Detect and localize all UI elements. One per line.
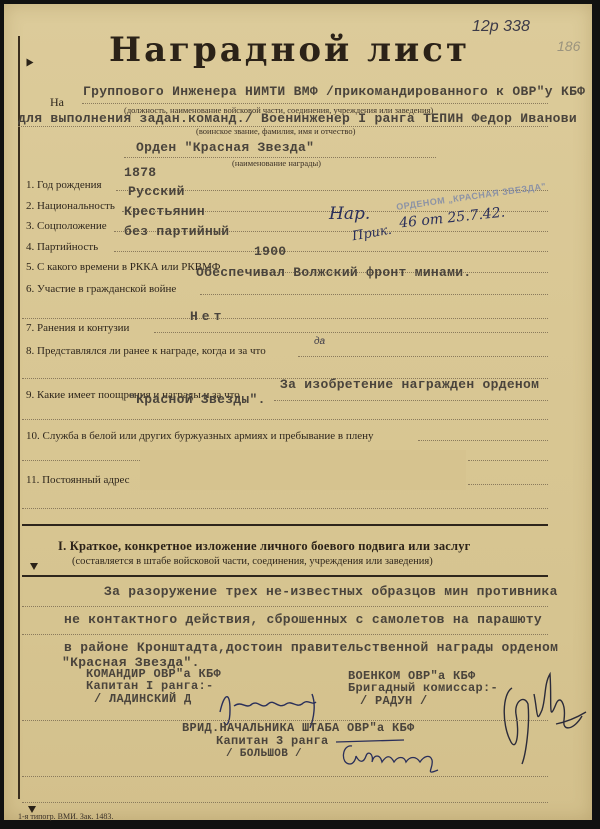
award-name: Орден "Красная Звезда" bbox=[136, 140, 314, 155]
field-value-civil-war: Обеспечивал Волжский фронт минами. bbox=[196, 265, 471, 280]
dotted-line bbox=[200, 294, 548, 295]
field-label-social-status: 3. Соцположение bbox=[26, 220, 107, 232]
merit-text-line: За разоружение трех не-известных образцо… bbox=[104, 584, 558, 599]
field-label-previous-award: 8. Представлялся ли ранее к награде, ког… bbox=[26, 345, 266, 357]
field-value-awards: За изобретение награжден орденом bbox=[280, 377, 539, 392]
dotted-line bbox=[22, 460, 140, 461]
field-value-awards-cont: "Красной Звезды". bbox=[128, 392, 266, 407]
field-label-wounds: 7. Ранения и контузии bbox=[26, 322, 129, 334]
award-hint: (наименование награды) bbox=[232, 158, 321, 168]
section-subtitle: (составляется в штабе войсковой части, с… bbox=[72, 556, 433, 567]
chief-of-staff-name: / БОЛЬШОВ / bbox=[226, 748, 302, 760]
commander-name: / ЛАДИНСКИЙ Д bbox=[94, 692, 192, 706]
position-line: Группового Инженера НИМТИ ВМФ /прикоманд… bbox=[83, 84, 585, 99]
dotted-line bbox=[468, 460, 548, 461]
chief-of-staff-title: ВРИД.НАЧАЛЬНИКА ШТАБА ОВР"а КБФ bbox=[182, 721, 415, 735]
rank-name-line: для выполнения задан.команд./ Военинжене… bbox=[18, 111, 577, 126]
chief-of-staff-signature bbox=[334, 734, 464, 780]
field-value-wounds: Нет bbox=[190, 309, 225, 324]
section-divider bbox=[22, 524, 548, 526]
commissar-rank: Бригадный комиссар:- bbox=[348, 681, 498, 695]
field-label-birth-year: 1. Год рождения bbox=[26, 179, 102, 191]
dotted-line bbox=[468, 484, 548, 485]
dotted-line bbox=[22, 802, 548, 803]
dotted-line bbox=[22, 606, 548, 607]
dotted-line bbox=[114, 251, 548, 252]
dotted-line bbox=[82, 103, 548, 104]
dotted-line bbox=[22, 776, 548, 777]
chief-of-staff-rank: Капитан 3 ранга bbox=[216, 734, 329, 748]
field-label-nationality: 2. Национальность bbox=[26, 200, 115, 212]
archive-page-number: 186 bbox=[557, 38, 580, 54]
punch-marker-icon bbox=[27, 59, 34, 67]
field-value-nationality: Русский bbox=[128, 184, 185, 199]
dotted-line bbox=[298, 356, 548, 357]
field-value-social-status: Крестьянин bbox=[124, 204, 205, 219]
dotted-line bbox=[274, 400, 548, 401]
dotted-line bbox=[22, 419, 548, 420]
field-label-address: 11. Постоянный адрес bbox=[26, 474, 130, 486]
dotted-line bbox=[22, 508, 548, 509]
dotted-line bbox=[22, 634, 548, 635]
merit-text-line: в районе Кронштадта,достоин правительств… bbox=[64, 640, 558, 655]
redacted-area bbox=[140, 450, 466, 490]
field-value-birth-year: 1878 bbox=[124, 165, 156, 180]
field-label-civil-war: 6. Участие в гражданской войне bbox=[26, 283, 176, 295]
punch-marker-icon bbox=[30, 563, 38, 570]
field-label-white-army: 10. Служба в белой или других буржуазных… bbox=[26, 430, 373, 442]
rank-name-hint: (воинское звание, фамилия, имя и отчеств… bbox=[196, 126, 355, 136]
dotted-line bbox=[418, 440, 548, 441]
field-value-previous-award: да bbox=[314, 336, 325, 347]
handwritten-note-nar: Нар. bbox=[329, 204, 370, 224]
commissar-name: / РАДУН / bbox=[360, 694, 428, 708]
commissar-signature bbox=[494, 664, 594, 764]
field-label-party: 4. Партийность bbox=[26, 241, 98, 253]
dotted-line bbox=[154, 332, 548, 333]
handwritten-note-prik: Прик. bbox=[351, 223, 393, 245]
print-footer: 1-я типогр. ВМИ. Зак. 1483. bbox=[18, 812, 113, 821]
dotted-line bbox=[22, 318, 548, 319]
archive-number: 12р 338 bbox=[472, 18, 530, 36]
section-divider bbox=[22, 575, 548, 577]
award-sheet-page: 12р 338 186 Наградной лист На Группового… bbox=[4, 4, 592, 820]
field-label-service-since: 5. С какого времени в РККА или РКВМФ bbox=[26, 261, 220, 273]
field-value-party: без партийный bbox=[124, 224, 229, 239]
na-label: На bbox=[50, 95, 64, 110]
document-title: Наградной лист bbox=[109, 30, 470, 70]
merit-text-line: не контактного действия, сброшенных с са… bbox=[64, 612, 542, 627]
field-value-service-since: 1900 bbox=[254, 244, 286, 259]
section-title: I. Краткое, конкретное изложение личного… bbox=[58, 539, 471, 554]
binding-margin-line bbox=[18, 36, 20, 799]
commander-rank: Капитан I ранга:- bbox=[86, 679, 214, 693]
